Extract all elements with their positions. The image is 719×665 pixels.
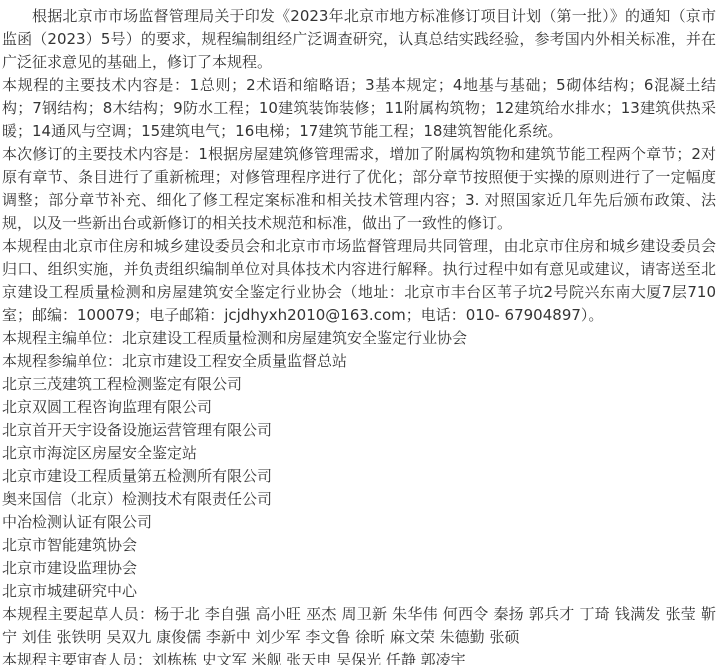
document-body: 根据北京市市场监督管理局关于印发《2023年北京市地方标准修订项目计划（第一批）… [0,0,719,665]
org-line: 北京首开天宇设备设施运营管理有限公司 [2,419,716,442]
technical-contents-paragraph: 本规程的主要技术内容是：1总则；2术语和缩略语；3基本规定；4地基与基础；5砌体… [2,74,716,143]
org-line: 北京市建设工程质量第五检测所有限公司 [2,465,716,488]
drafters-line: 本规程主要起草人员：杨于北 李自强 高小旺 巫杰 周卫新 朱华伟 何西令 秦扬 … [2,603,716,649]
org-line: 北京市建设监理协会 [2,557,716,580]
participating-unit-line: 本规程参编单位：北京市建设工程安全质量监督总站 [2,350,716,373]
org-line: 北京市城建研究中心 [2,580,716,603]
reviewers-line: 本规程主要审查人员：刘栋栋 史文军 米舰 张天申 吴保光 任静 郭凌宇 [2,649,716,665]
org-line: 北京双圆工程咨询监理有限公司 [2,396,716,419]
management-contact-paragraph: 本规程由北京市住房和城乡建设委员会和北京市市场监督管理局共同管理，由北京市住房和… [2,235,716,327]
org-line: 北京市海淀区房屋安全鉴定站 [2,442,716,465]
org-line: 中冶检测认证有限公司 [2,511,716,534]
org-line: 北京市智能建筑协会 [2,534,716,557]
intro-paragraph: 根据北京市市场监督管理局关于印发《2023年北京市地方标准修订项目计划（第一批）… [2,5,716,74]
revision-contents-paragraph: 本次修订的主要技术内容是：1根据房屋建筑修管理需求，增加了附属构筑物和建筑节能工… [2,143,716,235]
org-line: 北京三茂建筑工程检测鉴定有限公司 [2,373,716,396]
chief-editor-unit-line: 本规程主编单位：北京建设工程质量检测和房屋建筑安全鉴定行业协会 [2,327,716,350]
org-line: 奥来国信（北京）检测技术有限责任公司 [2,488,716,511]
